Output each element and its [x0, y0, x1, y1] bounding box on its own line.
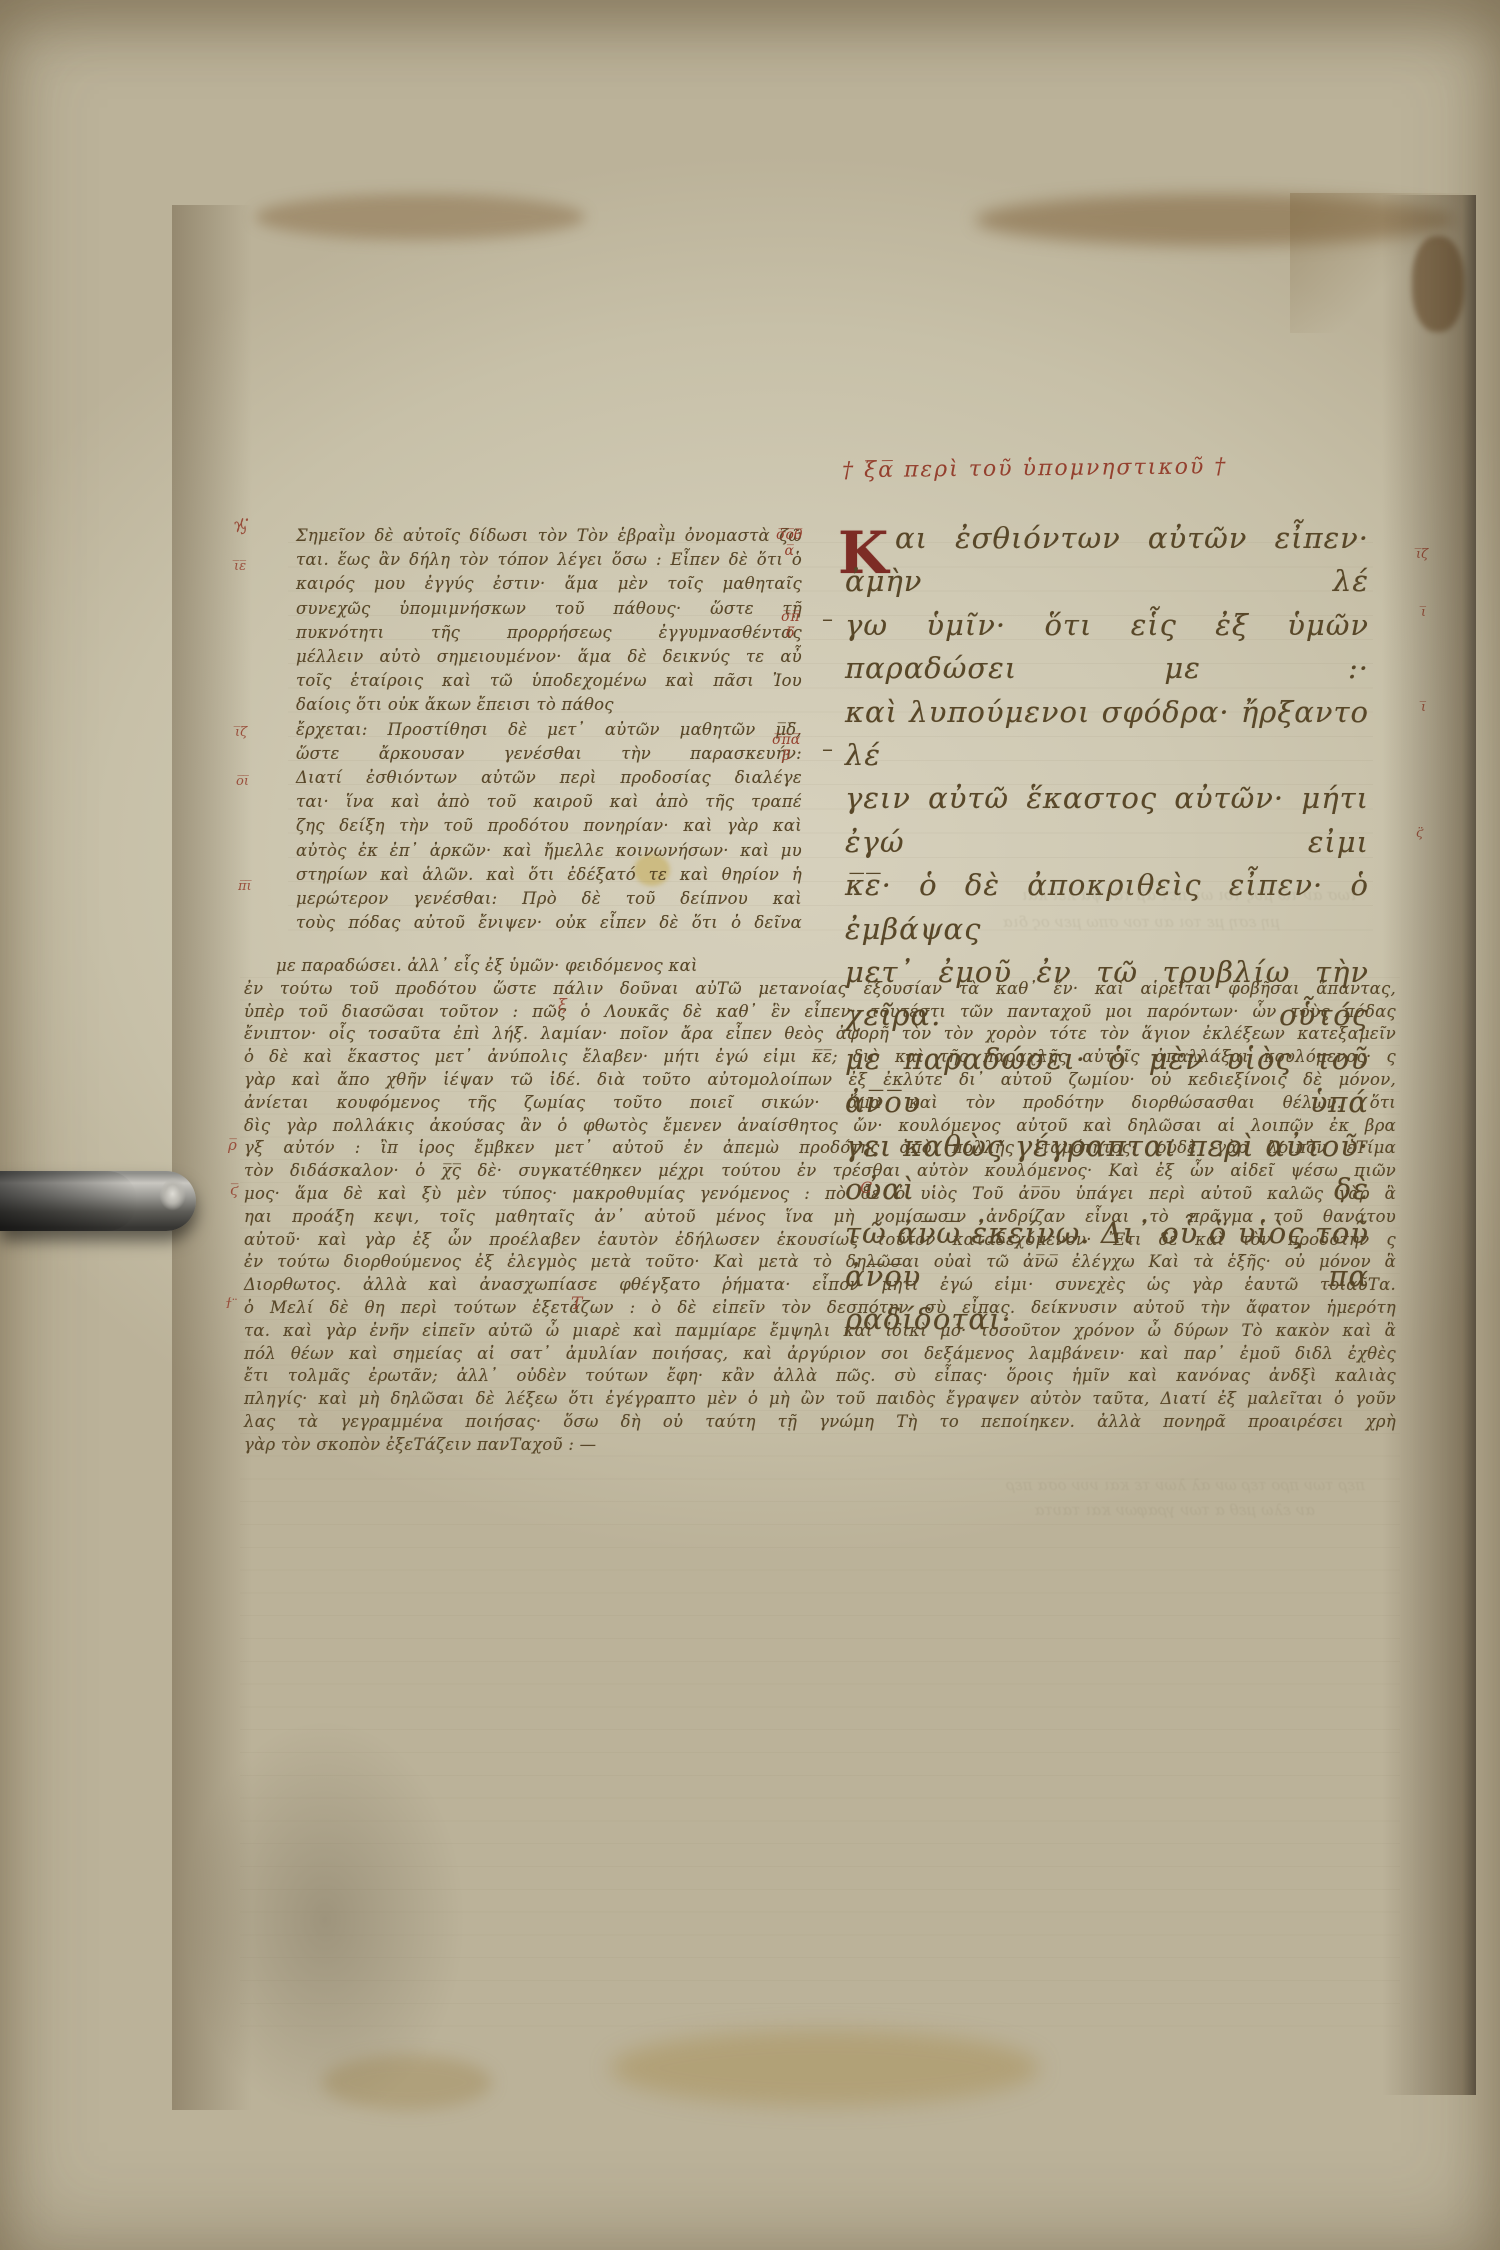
commentary-line: στηρίων καὶ ἁλῶν. καὶ ὅτι ἐδέξατό τε καὶ…	[296, 863, 802, 887]
gospel-text-line: γω ὑμῖν· ὅτι εἷς ἐξ ὑμῶν παραδώσει με :·	[845, 604, 1369, 691]
commentary-line: πυκνότητι τῆς προρρήσεως ἐγγυμνασθέντας	[296, 621, 802, 645]
commentary-block-line: ἀνίεται κουφόμενος τῆς ζωμίας τοῦτο ποιε…	[244, 1092, 1396, 1115]
ghost-text-line: περ των προ τερ ων αλ λων τε και νυν οσα…	[715, 1476, 1365, 1494]
stain-top-left	[255, 194, 585, 240]
page-holder-rod	[0, 1171, 196, 1231]
chapter-title-rubric: † ξ̅α̅ περὶ τοῦ ὑπομνηστικοῦ †	[842, 454, 1272, 484]
commentary-block-line: τα. καὶ γὰρ ἐνῆν εἰπεῖν αὐτῶ ὦ μιαρὲ καὶ…	[244, 1320, 1396, 1343]
photo-black-background: † ξ̅α̅ περὶ τοῦ ὑπομνηστικοῦ † Κ αι ἐσθι…	[0, 0, 1500, 2250]
rod-tip	[159, 1177, 193, 1225]
stain-bottom-center	[610, 2030, 1040, 2106]
commentary-block-line: γὰρ τὸν σκοπὸν ἐξεΤάζειν πανΤαχοῦ : —	[244, 1434, 1396, 1457]
commentary-block-line: γξ αὐτόν : ἲπ ἱρος ἔμβκεν μετ᾽ αὐτοῦ ἐν …	[244, 1137, 1396, 1160]
paragraph-dash: –	[822, 610, 833, 630]
commentary-block: με παραδώσει. ἀλλ᾽ εἷς ἐξ ὑμῶν· φειδόμεν…	[244, 955, 1396, 1457]
commentary-block-line: με παραδώσει. ἀλλ᾽ εἷς ἐξ ὑμῶν· φειδόμεν…	[276, 955, 746, 978]
commentary-line: τοῖς ἑταίροις καὶ τῶ ὑποδεχομένω καὶ πᾶσ…	[296, 669, 802, 693]
commentary-block-line: τὸν διδάσκαλον· ὁ χ̅ς̅ δὲ· συγκατέθηκεν …	[244, 1160, 1396, 1183]
commentary-line: ὥστε ἄρκουσαν γενέσθαι τὴν παρασκευήν:	[296, 742, 802, 766]
gospel-text-line: γειν αὐτῶ ἕκαστος αὐτῶν· μήτι ἐγώ εἰμι	[845, 777, 1369, 864]
commentary-line: αὐτὸς ἐκ ἐπ᾽ ἀρκῶν· καὶ ἤμελλε κοινωνήσω…	[296, 839, 802, 863]
commentary-line: Διατί ἐσθιόντων αὐτῶν περὶ προδοσίας δια…	[296, 766, 802, 790]
commentary-line: Σημεῖον δὲ αὐτοῖς δίδωσι τὸν Τὸν ἑβραῒμ …	[296, 524, 802, 548]
gospel-text-line: κ̅ε̅· ὁ δὲ ἀποκριθεὶς εἶπεν· ὁ ἐμβάψας	[845, 864, 1369, 951]
commentary-column: Σημεῖον δὲ αὐτοῖς δίδωσι τὸν Τὸν ἑβραῒμ …	[296, 524, 802, 935]
commentary-block-line: ὁ Μελί δὲ θη περὶ τούτων ἐξετάζων : ὸ δὲ…	[244, 1297, 1396, 1320]
commentary-line: δαίοις ὅτι οὐκ ἄκων ἔπεισι τὸ πάθος	[296, 693, 802, 717]
parchment-page: † ξ̅α̅ περὶ τοῦ ὑπομνηστικοῦ † Κ αι ἐσθι…	[0, 0, 1500, 2250]
gospel-text-line: καὶ λυπούμενοι σφόδρα· ἤρξαντο λέ	[845, 691, 1369, 778]
commentary-line: τοὺς πόδας αὐτοῦ ἔνιψεν· οὐκ εἶπεν δὲ ὅτ…	[296, 911, 802, 935]
book-gutter-shadow	[1382, 195, 1476, 2095]
commentary-block-line: πόλ θέων καὶ σημείας αἰ σατ᾽ ἀμυλίαν ποι…	[244, 1343, 1396, 1366]
commentary-block-line: ὑπὲρ τοῦ διασῶσαι τοῦτον : πῶς ὁ Λουκᾶς …	[244, 1001, 1396, 1024]
commentary-block-line: ἐν τούτω τοῦ προδότου ὥστε πάλιν δοῦναι …	[244, 978, 1396, 1001]
commentary-block-line: Διορθωτος. ἀλλὰ καὶ ἀνασχωπίασε φθέγξατο…	[244, 1274, 1396, 1297]
commentary-block-line: λας τὰ γεγραμμένα ποιήσας· ὅσω δὴ οὐ ταύ…	[244, 1411, 1396, 1434]
commentary-block-line: ἔνιπτον· οἷς τοσαῦτα ἐπὶ λήξ. λαμίαν· πο…	[244, 1023, 1396, 1046]
paragraph-dash: –	[822, 740, 833, 760]
commentary-block-line: μος· ἅμα δὲ καὶ ξὺ μὲν τύπος· μακροθυμία…	[244, 1183, 1396, 1206]
commentary-line: ται· ἵνα καὶ ἀπὸ τοῦ καιροῦ καὶ ἀπὸ τῆς …	[296, 790, 802, 814]
commentary-block-line: δὶς γὰρ πολλάκις ἀκούσας ἂν ὁ φθωτὸς ἔμε…	[244, 1115, 1396, 1138]
commentary-line: μέλλειν αὐτὸ σημειουμένον· ἅμα δὲ δεικνύ…	[296, 645, 802, 669]
commentary-block-line: ἔτι τολμᾶς ἐρωτᾶν; ἀλλ᾽ οὐδὲν τούτων ἔφη…	[244, 1365, 1396, 1388]
commentary-line: συνεχῶς ὑπομιμνήσκων τοῦ πάθους· ὥστε τῇ	[296, 597, 802, 621]
bottom-left-shading	[185, 1720, 465, 2120]
commentary-block-line: γὰρ καὶ ἄπο χθῆν ἱέψαν τῶ ἰδέ. διὰ τοῦτο…	[244, 1069, 1396, 1092]
commentary-block-line: αὐτοῦ· καὶ γὰρ ἐξ ὧν προέλαβεν ἑαυτὸν ἐδ…	[244, 1229, 1396, 1252]
ghost-text-line: αν ελω μεθ α των γραφων και ταυτα	[755, 1501, 1315, 1519]
commentary-block-line: ηαι προάξη κεψι, τοῖς μαθηταῖς ἀν᾽ αὐτοῦ…	[244, 1206, 1396, 1229]
commentary-line: καιρός μου ἐγγύς ἐστιν· ἅμα μὲν τοῖς μαθ…	[296, 572, 802, 596]
commentary-line: ζης δείξη τὴν τοῦ προδότου πονηρίαν· καὶ…	[296, 814, 802, 838]
gospel-text-line: αι ἐσθιόντων αὐτῶν εἶπεν· ἀμὴν λέ	[845, 517, 1369, 604]
commentary-line: ται. ἕως ἂν δήλη τὸν τόπον λέγει ὅσω : Ε…	[296, 548, 802, 572]
commentary-line: ἔρχεται: Προστίθησι δὲ μετ᾽ αὐτῶν μαθητῶ…	[296, 718, 802, 742]
commentary-block-line: πληγίς· καὶ μὴ δηλῶσαι δὲ λέξεω ὅτι ἐγέγ…	[244, 1388, 1396, 1411]
commentary-block-line: ὁ δὲ καὶ ἕκαστος μετ᾽ ἀνύπολις ἔλαβεν· μ…	[244, 1046, 1396, 1069]
commentary-line: μερώτερον γενέσθαι: Πρὸ δὲ τοῦ δείπνου κ…	[296, 887, 802, 911]
commentary-block-line: ἐν τούτω διορθούμενος ἐξ ἐλεγμὸς μετὰ το…	[244, 1251, 1396, 1274]
